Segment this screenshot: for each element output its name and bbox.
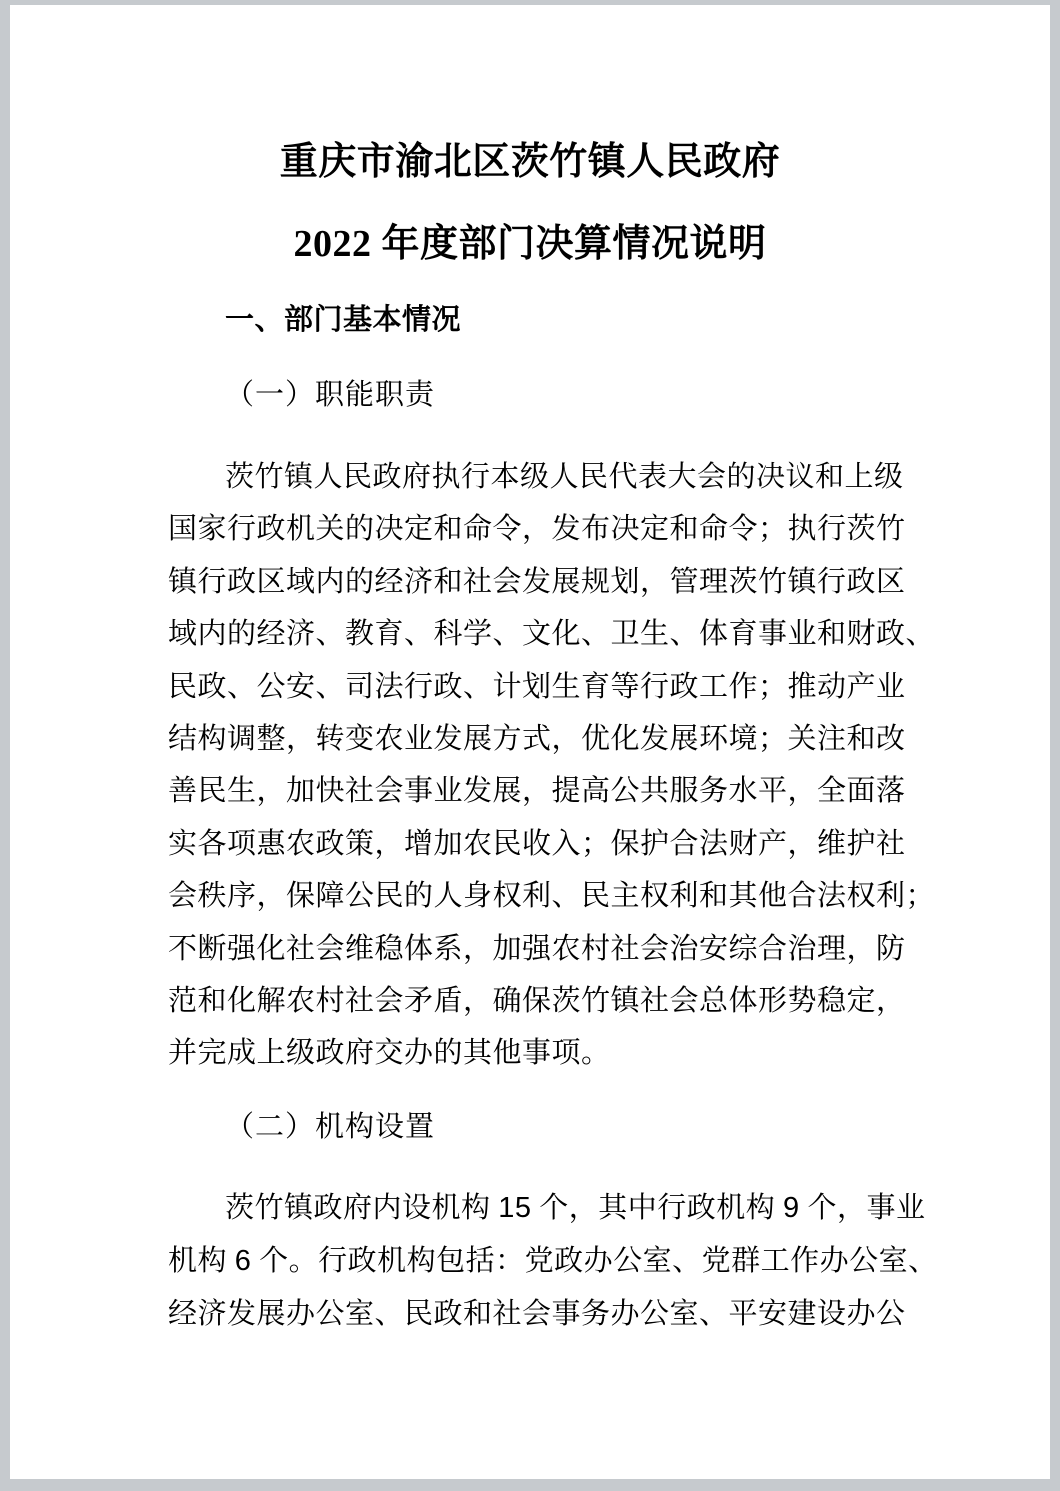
section-heading-1: 一、部门基本情况 (168, 298, 968, 342)
org-count-total: 15 (498, 1192, 531, 1224)
paragraph-line: 不断强化社会维稳体系，加强农村社会治安综合治理，防 (168, 923, 968, 975)
paragraph-line: 机构 6 个。行政机构包括：党政办公室、党群工作办公室、 (168, 1235, 968, 1288)
subsection-heading-2: （二）机构设置 (168, 1105, 968, 1149)
paragraph-line: 民政、公安、司法行政、计划生育等行政工作；推动产业 (168, 661, 968, 713)
paragraph-line: 结构调整，转变农业发展方式，优化发展环境；关注和改 (168, 713, 968, 765)
paragraph-text: 个，事业 (800, 1192, 926, 1224)
paragraph-line: 善民生，加快社会事业发展，提高公共服务水平，全面落 (168, 765, 968, 817)
document-title-line1: 重庆市渝北区茨竹镇人民政府 (10, 121, 1050, 203)
paragraph-line: 茨竹镇政府内设机构 15 个，其中行政机构 9 个，事业 (168, 1182, 968, 1235)
document-page: 重庆市渝北区茨竹镇人民政府 2022 年度部门决算情况说明 一、部门基本情况 （… (10, 5, 1050, 1479)
paragraph-line: 茨竹镇人民政府执行本级人民代表大会的决议和上级 (168, 451, 968, 503)
paragraph-line: 范和化解农村社会矛盾，确保茨竹镇社会总体形势稳定， (168, 975, 968, 1027)
paragraph-line: 镇行政区域内的经济和社会发展规划，管理茨竹镇行政区 (168, 556, 968, 608)
document-body: 一、部门基本情况 （一）职能职责 茨竹镇人民政府执行本级人民代表大会的决议和上级… (168, 298, 968, 1341)
paragraph-organization: 茨竹镇政府内设机构 15 个，其中行政机构 9 个，事业 机构 6 个。行政机构… (168, 1182, 968, 1341)
paragraph-line: 并完成上级政府交办的其他事项。 (168, 1027, 968, 1079)
paragraph-text: 个，其中行政机构 (532, 1192, 784, 1224)
subsection-heading-1: （一）职能职责 (168, 373, 968, 417)
paragraph-line: 域内的经济、教育、科学、文化、卫生、体育事业和财政、 (168, 608, 968, 660)
paragraph-functions: 茨竹镇人民政府执行本级人民代表大会的决议和上级 国家行政机关的决定和命令，发布决… (168, 451, 968, 1080)
paragraph-text: 机构 (168, 1245, 235, 1277)
paragraph-line: 经济发展办公室、民政和社会事务办公室、平安建设办公 (168, 1288, 968, 1341)
document-title: 重庆市渝北区茨竹镇人民政府 2022 年度部门决算情况说明 (10, 121, 1050, 285)
paragraph-line: 会秩序，保障公民的人身权利、民主权利和其他合法权利； (168, 870, 968, 922)
paragraph-line: 实各项惠农政策，增加农民收入；保护合法财产，维护社 (168, 818, 968, 870)
paragraph-text: 茨竹镇政府内设机构 (225, 1192, 498, 1224)
document-title-line2: 2022 年度部门决算情况说明 (10, 203, 1050, 285)
org-count-admin: 9 (783, 1192, 800, 1224)
paragraph-text: 个。行政机构包括：党政办公室、党群工作办公室、 (251, 1245, 937, 1277)
org-count-public: 6 (235, 1245, 252, 1277)
paragraph-line: 国家行政机关的决定和命令，发布决定和命令；执行茨竹 (168, 503, 968, 555)
